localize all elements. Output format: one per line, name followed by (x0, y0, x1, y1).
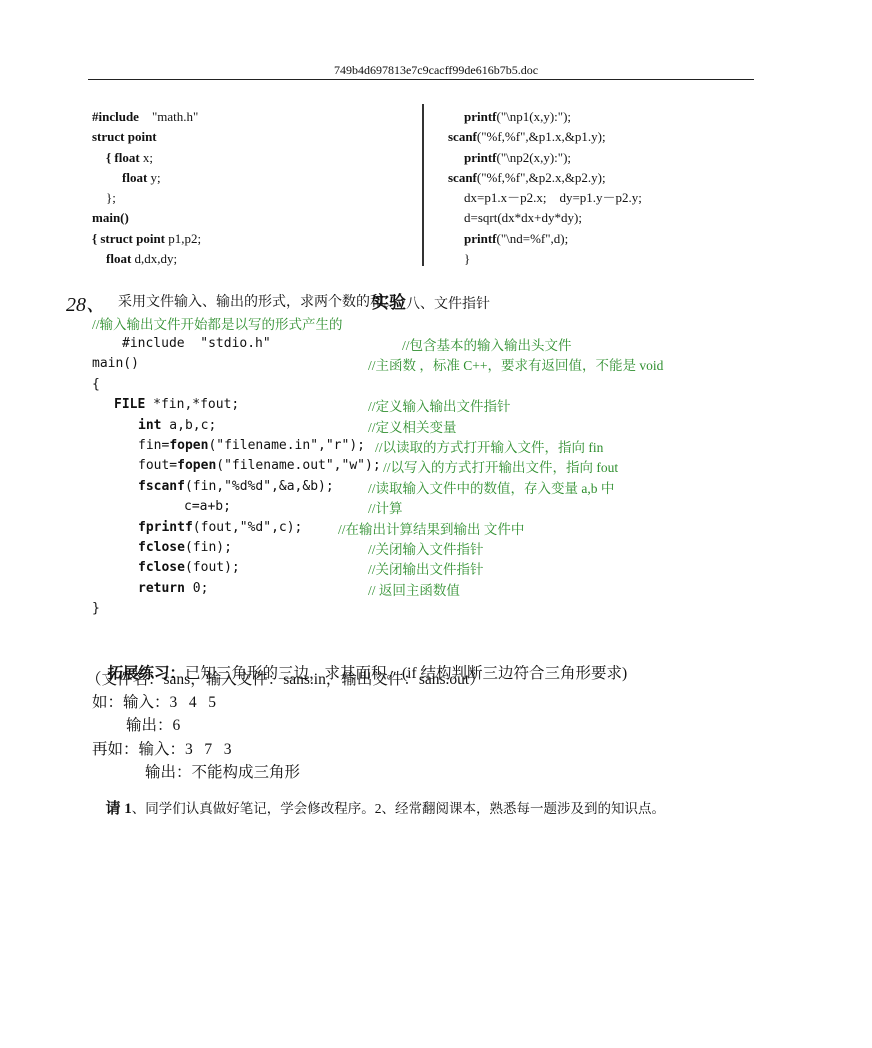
code-line: main() (92, 208, 201, 228)
header-rule (88, 79, 754, 80)
code-text: } (464, 251, 470, 266)
code-text: "math.h" (139, 109, 198, 124)
code-line: }; (92, 188, 201, 208)
code-line: { struct point p1,p2; (92, 229, 201, 249)
program-line: #include "stdio.h" (122, 334, 271, 354)
code-block-right: printf("\np1(x,y):");scanf("%f,%f",&p1.x… (448, 107, 642, 269)
code-text: fout=fopen("filename.out","w"); (138, 458, 381, 473)
code-line: dx=p1.x－p2.x; dy=p1.y－p2.y; (448, 188, 642, 208)
code-comment: //关闭输出文件指针 (368, 558, 484, 578)
code-comment: //读取输入文件中的数值，存入变量 a,b 中 (368, 477, 614, 497)
code-comment: //关闭输入文件指针 (368, 538, 484, 558)
code-text: c=a+b; (184, 499, 231, 514)
code-text: (fin); (185, 540, 232, 555)
code-line: printf("\nd=%f",d); (448, 229, 642, 249)
code-text: x; (140, 150, 153, 165)
code-text: y; (147, 170, 160, 185)
code-text: d,dx,dy; (131, 251, 177, 266)
extension-files: （文件名：sans，输入文件：sans.in，输出文件：sans.out） (86, 667, 485, 689)
code-text: (fin,"%d%d",&a,&b); (185, 479, 334, 494)
code-line: { float x; (92, 148, 201, 168)
study-note-text: 、同学们认真做好笔记，学会修改程序。2、经常翻阅课本，熟悉每一题涉及到的知识点。 (132, 801, 665, 816)
code-text: #include "stdio.h" (122, 336, 271, 351)
code-keyword: scanf (448, 170, 477, 185)
program-line: { (92, 375, 100, 395)
doc-filename-header: 749b4d697813e7c9cacff99de616b7b5.doc (0, 63, 872, 78)
code-text: }; (106, 190, 116, 205)
program-line: return 0; (138, 579, 208, 599)
code-comment: //在输出计算结果到输出 文件中 (338, 518, 524, 538)
code-keyword: float (122, 170, 147, 185)
code-line: scanf("%f,%f",&p2.x,&p2.y); (448, 168, 642, 188)
program-line: fout=fopen("filename.out","w"); (138, 456, 381, 476)
code-text: (fout); (185, 560, 240, 575)
study-note-bold: 请 1 (106, 801, 132, 817)
code-keyword: FILE (114, 397, 145, 412)
code-keyword: fclose (138, 560, 185, 575)
program-line: c=a+b; (184, 497, 231, 517)
question-text: 采用文件输入、输出的形式，求两个数的和。 (118, 291, 398, 311)
code-comment: //包含基本的输入输出头文件 (402, 334, 572, 354)
code-line: d=sqrt(dx*dx+dy*dy); (448, 208, 642, 228)
program-line: int a,b,c; (138, 416, 216, 436)
code-text: { (92, 377, 100, 392)
code-line: #include "math.h" (92, 107, 201, 127)
column-divider (422, 104, 424, 266)
code-keyword: printf (464, 109, 497, 124)
code-text: } (92, 601, 100, 616)
code-keyword: float (106, 251, 131, 266)
code-keyword: printf (464, 231, 497, 246)
code-text: main() (92, 356, 139, 371)
code-line: struct point (92, 127, 201, 147)
code-keyword: fclose (138, 540, 185, 555)
code-text: dx=p1.x－p2.x; dy=p1.y－p2.y; (464, 190, 642, 205)
example1-output: 输出：6 (126, 713, 180, 735)
code-text: d=sqrt(dx*dx+dy*dy); (464, 210, 582, 225)
code-line: printf("\np1(x,y):"); (448, 107, 642, 127)
program-line: FILE *fin,*fout; (114, 395, 239, 415)
code-text: ("%f,%f",&p1.x,&p1.y); (477, 129, 606, 144)
code-comment: //定义输入输出文件指针 (368, 395, 511, 415)
code-text: ("\np2(x,y):"); (497, 150, 572, 165)
code-line: printf("\np2(x,y):"); (448, 148, 642, 168)
code-text: p1,p2; (165, 231, 201, 246)
program-line: fclose(fin); (138, 538, 232, 558)
program-line: fscanf(fin,"%d%d",&a,&b); (138, 477, 334, 497)
code-text: fin=fopen("filename.in","r"); (138, 438, 365, 453)
code-comment: //以写入的方式打开输出文件，指向 fout (383, 456, 618, 476)
program-line: fclose(fout); (138, 558, 240, 578)
code-keyword: struct point (92, 129, 157, 144)
code-text: ("%f,%f",&p2.x,&p2.y); (477, 170, 606, 185)
intro-comment: //输入输出文件开始都是以写的形式产生的 (92, 313, 343, 333)
example2-output: 输出：不能构成三角形 (145, 760, 300, 782)
code-comment: //定义相关变量 (368, 416, 457, 436)
code-text: a,b,c; (161, 418, 216, 433)
code-keyword: fscanf (138, 479, 185, 494)
code-text: ("\nd=%f",d); (497, 231, 569, 246)
code-line: scanf("%f,%f",&p1.x,&p1.y); (448, 127, 642, 147)
code-line: float y; (92, 168, 201, 188)
code-keyword: int (138, 418, 161, 433)
code-comment: //以读取的方式打开输入文件，指向 fin (375, 436, 603, 456)
code-keyword: { float (106, 150, 140, 165)
code-keyword: { struct point (92, 231, 165, 246)
code-comment: //计算 (368, 497, 403, 517)
code-comment: // 返回主函数值 (368, 579, 460, 599)
program-line: fprintf(fout,"%d",c); (138, 518, 302, 538)
program-line: } (92, 599, 100, 619)
code-block-left: #include "math.h"struct point{ float x;f… (92, 107, 201, 269)
code-keyword: return (138, 581, 185, 596)
example1-input: 如：输入：3 4 5 (92, 690, 216, 712)
program-line: main() (92, 354, 139, 374)
code-keyword: printf (464, 150, 497, 165)
code-comment: //主函数 ，标准 C++，要求有返回值，不能是 void (368, 354, 663, 374)
code-keyword: fprintf (138, 520, 193, 535)
code-keyword: #include (92, 109, 139, 124)
code-keyword: scanf (448, 129, 477, 144)
code-text: (fout,"%d",c); (193, 520, 303, 535)
study-note: 请 1、同学们认真做好笔记，学会修改程序。2、经常翻阅课本，熟悉每一题涉及到的知… (92, 781, 665, 834)
code-keyword: main() (92, 210, 129, 225)
code-text: *fin,*fout; (145, 397, 239, 412)
code-text: ("\np1(x,y):"); (497, 109, 572, 124)
example2-input: 再如：输入：3 7 3 (92, 737, 232, 759)
code-line: float d,dx,dy; (92, 249, 201, 269)
lab-title-rest: 八、文件指针 (406, 297, 490, 312)
code-text: 0; (185, 581, 208, 596)
code-line: } (448, 249, 642, 269)
program-line: fin=fopen("filename.in","r"); (138, 436, 365, 456)
